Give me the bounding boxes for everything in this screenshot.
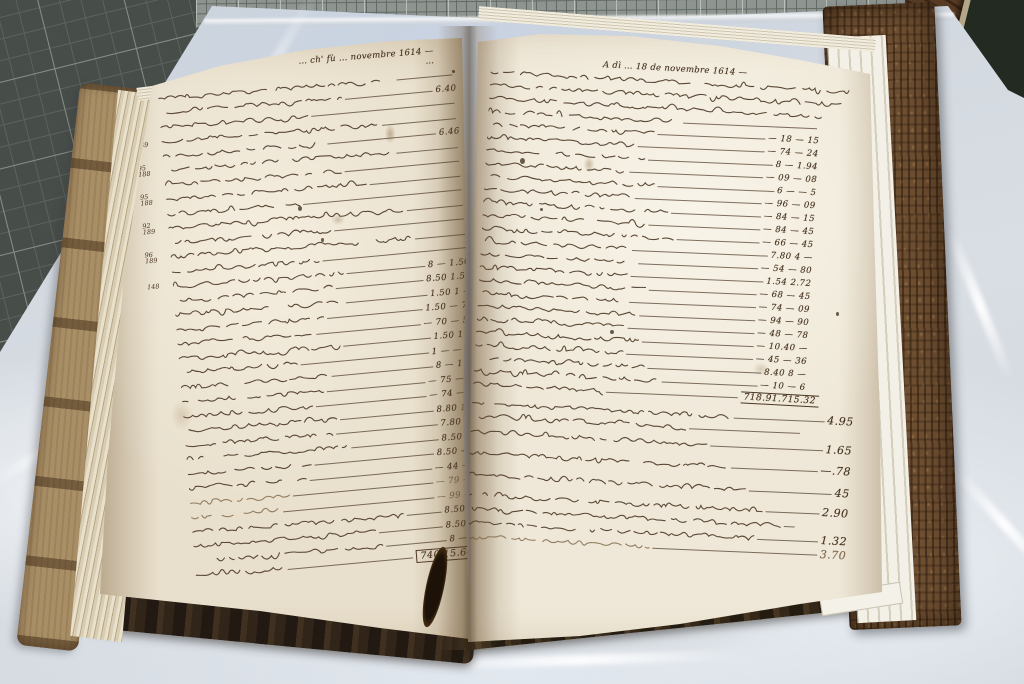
ink-blot xyxy=(452,70,455,73)
rule-dash xyxy=(762,504,822,517)
entry-amount: —.78 xyxy=(820,464,853,479)
entry-amount xyxy=(822,115,874,118)
entry-amount: 2.90 xyxy=(822,506,851,521)
entry-quantity xyxy=(168,545,194,547)
entry-amount: 1.65 xyxy=(825,443,854,458)
entry-quantity xyxy=(158,430,184,432)
entry-quantity xyxy=(165,516,191,518)
ink-blot xyxy=(610,330,614,334)
page-subtotal: 718.91.715.32 xyxy=(740,391,819,407)
margin-folio: 92189 xyxy=(142,221,169,235)
rule-dash xyxy=(781,519,799,530)
rule-dash xyxy=(728,460,821,475)
entry-quantity xyxy=(170,574,196,576)
entry-quantity xyxy=(157,415,183,417)
entry-amount: 3.70 xyxy=(819,548,848,563)
entry-quantity xyxy=(141,213,167,215)
entry-amount xyxy=(820,128,872,131)
handwriting-scribble xyxy=(469,445,728,471)
entry-quantity xyxy=(148,299,174,301)
entry-quantity xyxy=(149,314,175,316)
entry-quantity xyxy=(164,502,190,504)
entry-quantity xyxy=(153,357,179,359)
photo-scene: … ch' fù … novembre 1614 — … 211886.4091… xyxy=(0,0,1024,684)
rule-dash xyxy=(707,438,826,455)
left-page: … ch' fù … novembre 1614 — … 211886.4091… xyxy=(100,36,472,648)
entry-quantity xyxy=(156,401,182,403)
entry-quantity xyxy=(155,386,181,388)
entry-amount: 4.95 xyxy=(827,414,856,429)
entry-quantity xyxy=(152,343,178,345)
ink-blot xyxy=(520,158,525,164)
entry-quantity xyxy=(160,444,186,446)
ink-blot xyxy=(836,312,839,316)
entry-quantity xyxy=(166,531,192,533)
entry-quantity xyxy=(163,487,189,489)
entry-quantity xyxy=(146,271,172,273)
rule-dash xyxy=(746,483,835,498)
ink-blot xyxy=(298,206,302,211)
entry-amount xyxy=(798,525,850,528)
margin-folio: 95188 xyxy=(140,192,167,206)
entry-amount: 45 xyxy=(834,487,852,501)
entry-quantity xyxy=(169,560,195,562)
entry-amount: 1.32 xyxy=(820,534,849,549)
margin-folio: 95188 xyxy=(138,163,165,177)
right-page-content: A dì … 18 de novembre 1614 — 1— 18 — 152… xyxy=(448,48,875,563)
ink-blot xyxy=(540,208,543,211)
entry-quantity xyxy=(139,184,165,186)
rule-dash xyxy=(754,532,821,546)
ink-blot xyxy=(321,238,324,242)
margin-folio: 96189 xyxy=(144,250,171,264)
entry-quantity xyxy=(150,328,176,330)
entry-quantity: 148 xyxy=(147,282,173,290)
entry-amount xyxy=(803,432,855,435)
right-page: A dì … 18 de novembre 1614 — 1— 18 — 152… xyxy=(460,28,890,648)
entry-quantity xyxy=(161,459,187,461)
entry-quantity xyxy=(162,473,188,475)
entry-quantity xyxy=(154,372,180,374)
entry-quantity xyxy=(144,242,170,244)
